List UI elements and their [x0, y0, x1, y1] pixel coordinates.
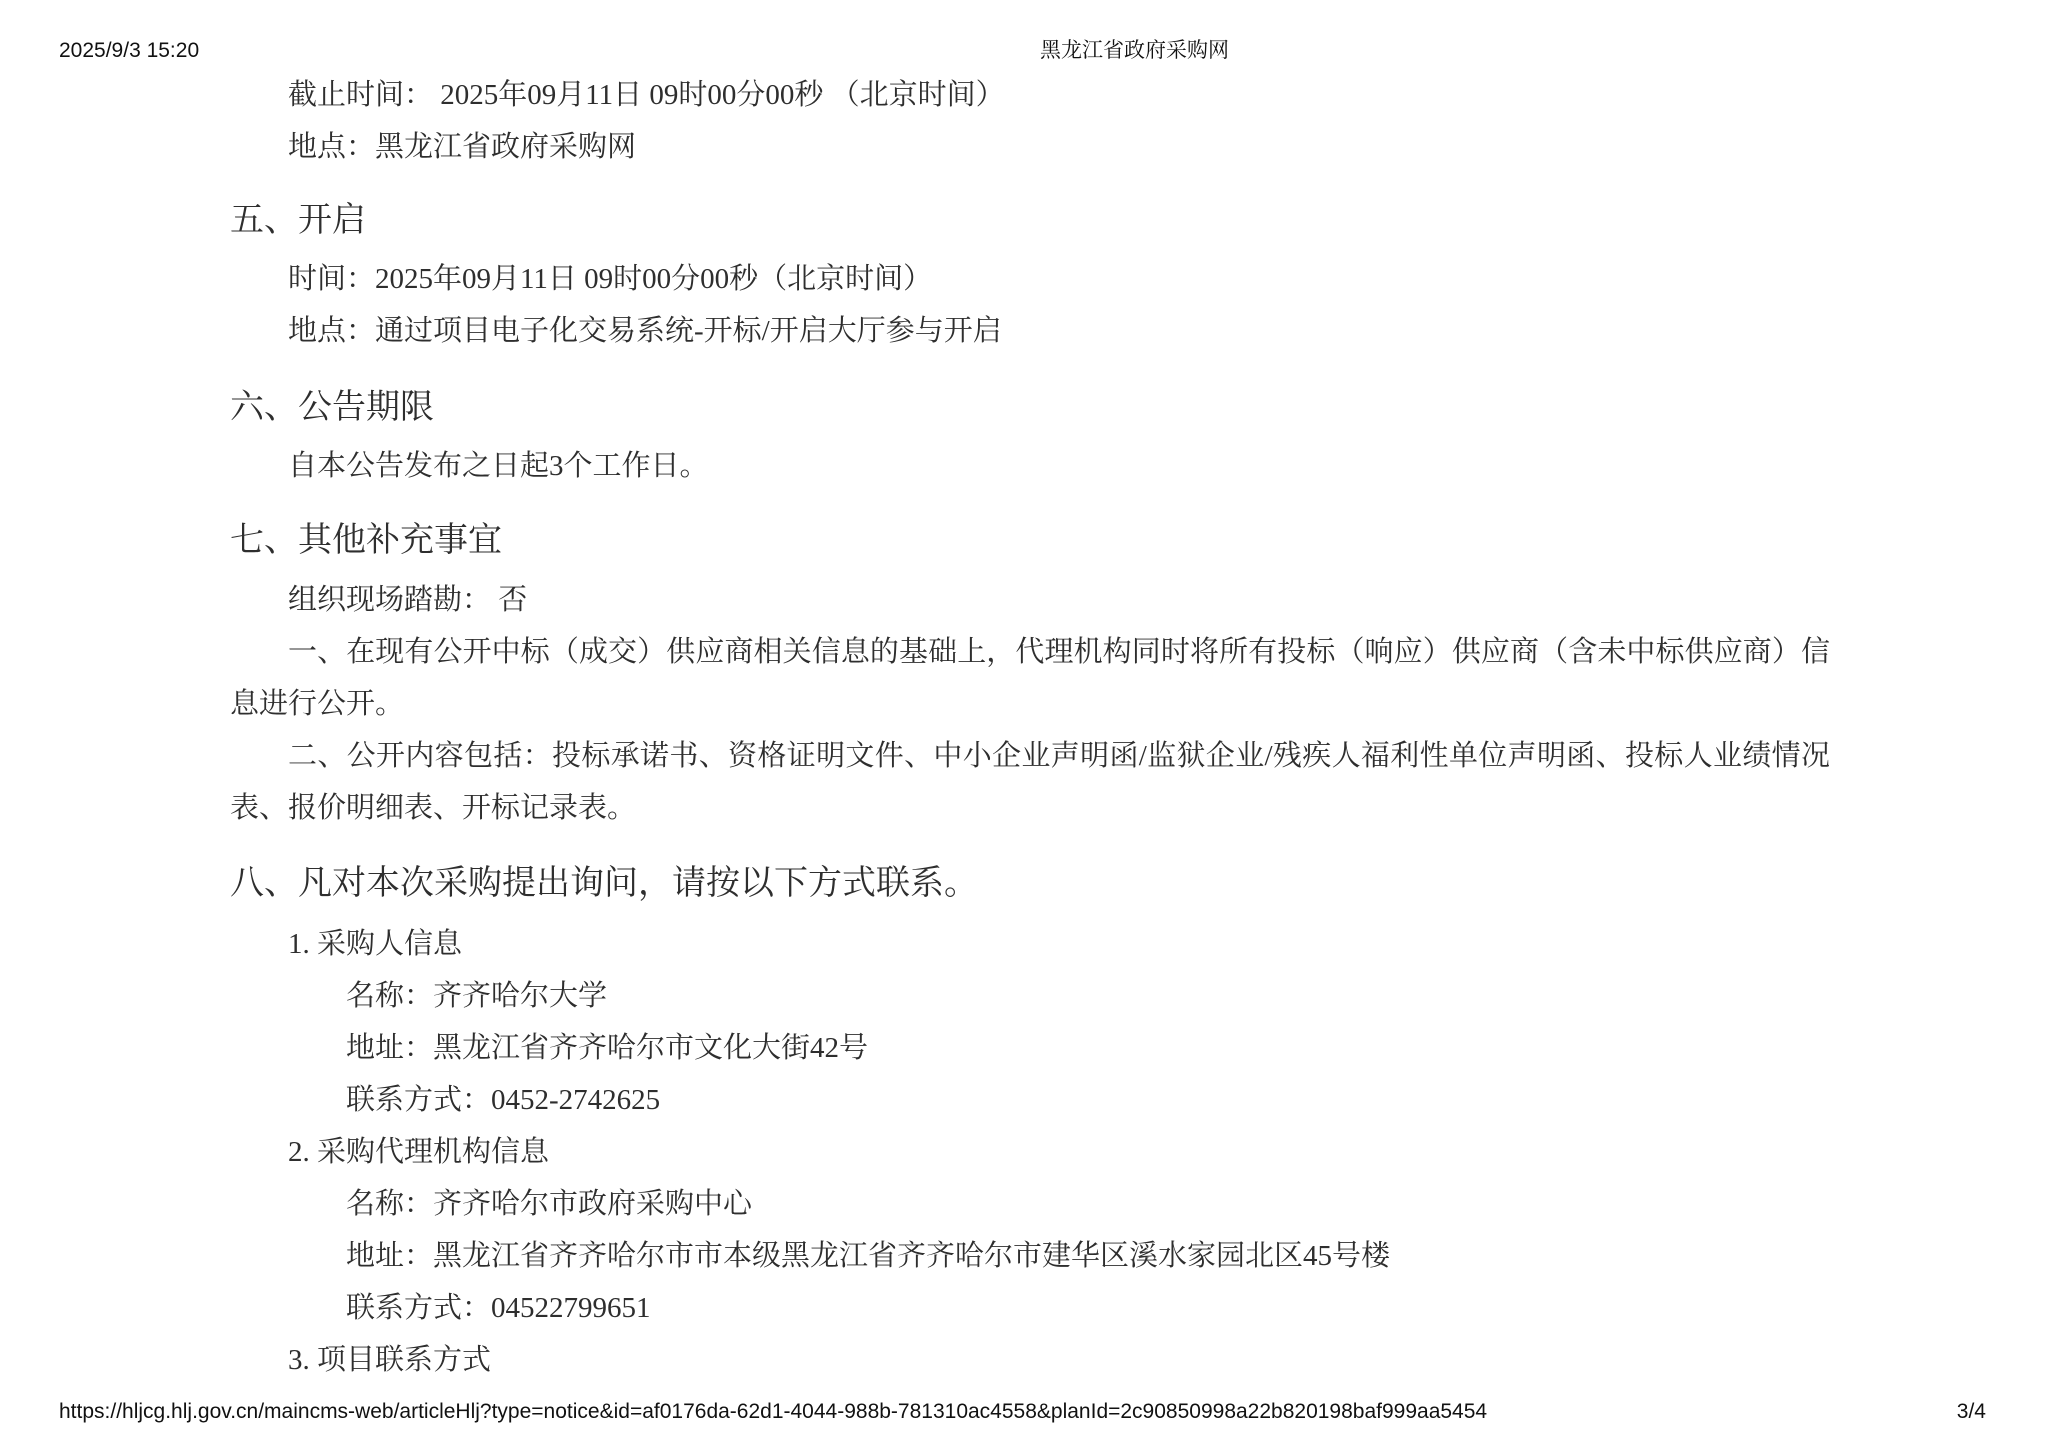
agency-contact-line: 联系方式：04522799651 — [230, 1282, 1830, 1334]
print-preview-page: { "colors": { "background": "#ffffff", "… — [0, 0, 2048, 1447]
purchaser-contact-line: 联系方式：0452-2742625 — [230, 1074, 1830, 1126]
site-survey-line: 组织现场踏勘： 否 — [230, 574, 1830, 626]
agency-address-line: 地址：黑龙江省齐齐哈尔市市本级黑龙江省齐齐哈尔市建华区溪水家园北区45号楼 — [230, 1230, 1830, 1282]
agency-info-label: 2. 采购代理机构信息 — [230, 1126, 1830, 1178]
section-8-heading: 八、凡对本次采购提出询问，请按以下方式联系。 — [230, 858, 1830, 910]
print-footer-url: https://hljcg.hlj.gov.cn/maincms-web/art… — [59, 1399, 1487, 1425]
opening-place-line: 地点：通过项目电子化交易系统-开标/开启大厅参与开启 — [230, 305, 1830, 357]
print-header-datetime: 2025/9/3 15:20 — [59, 38, 199, 64]
opening-time-line: 时间：2025年09月11日 09时00分00秒（北京时间） — [230, 253, 1830, 305]
print-footer-page-number: 3/4 — [1957, 1399, 1986, 1425]
section-7-heading: 七、其他补充事宜 — [230, 515, 1830, 567]
disclosure-content-paragraph: 二、公开内容包括：投标承诺书、资格证明文件、中小企业声明函/监狱企业/残疾人福利… — [230, 730, 1830, 834]
purchaser-info-label: 1. 采购人信息 — [230, 918, 1830, 970]
submission-deadline-line: 截止时间： 2025年09月11日 09时00分00秒 （北京时间） — [230, 69, 1830, 121]
purchaser-name-line: 名称：齐齐哈尔大学 — [230, 970, 1830, 1022]
purchaser-address-line: 地址：黑龙江省齐齐哈尔市文化大街42号 — [230, 1022, 1830, 1074]
submission-place-line: 地点：黑龙江省政府采购网 — [230, 121, 1830, 173]
project-contact-label: 3. 项目联系方式 — [230, 1334, 1830, 1386]
agency-name-line: 名称：齐齐哈尔市政府采购中心 — [230, 1178, 1830, 1230]
announcement-period-line: 自本公告发布之日起3个工作日。 — [230, 440, 1830, 492]
section-5-heading: 五、开启 — [230, 195, 1830, 247]
document-content: 截止时间： 2025年09月11日 09时00分00秒 （北京时间） 地点：黑龙… — [230, 0, 1830, 1386]
section-6-heading: 六、公告期限 — [230, 382, 1830, 434]
supplier-disclosure-paragraph: 一、在现有公开中标（成交）供应商相关信息的基础上，代理机构同时将所有投标（响应）… — [230, 626, 1830, 730]
